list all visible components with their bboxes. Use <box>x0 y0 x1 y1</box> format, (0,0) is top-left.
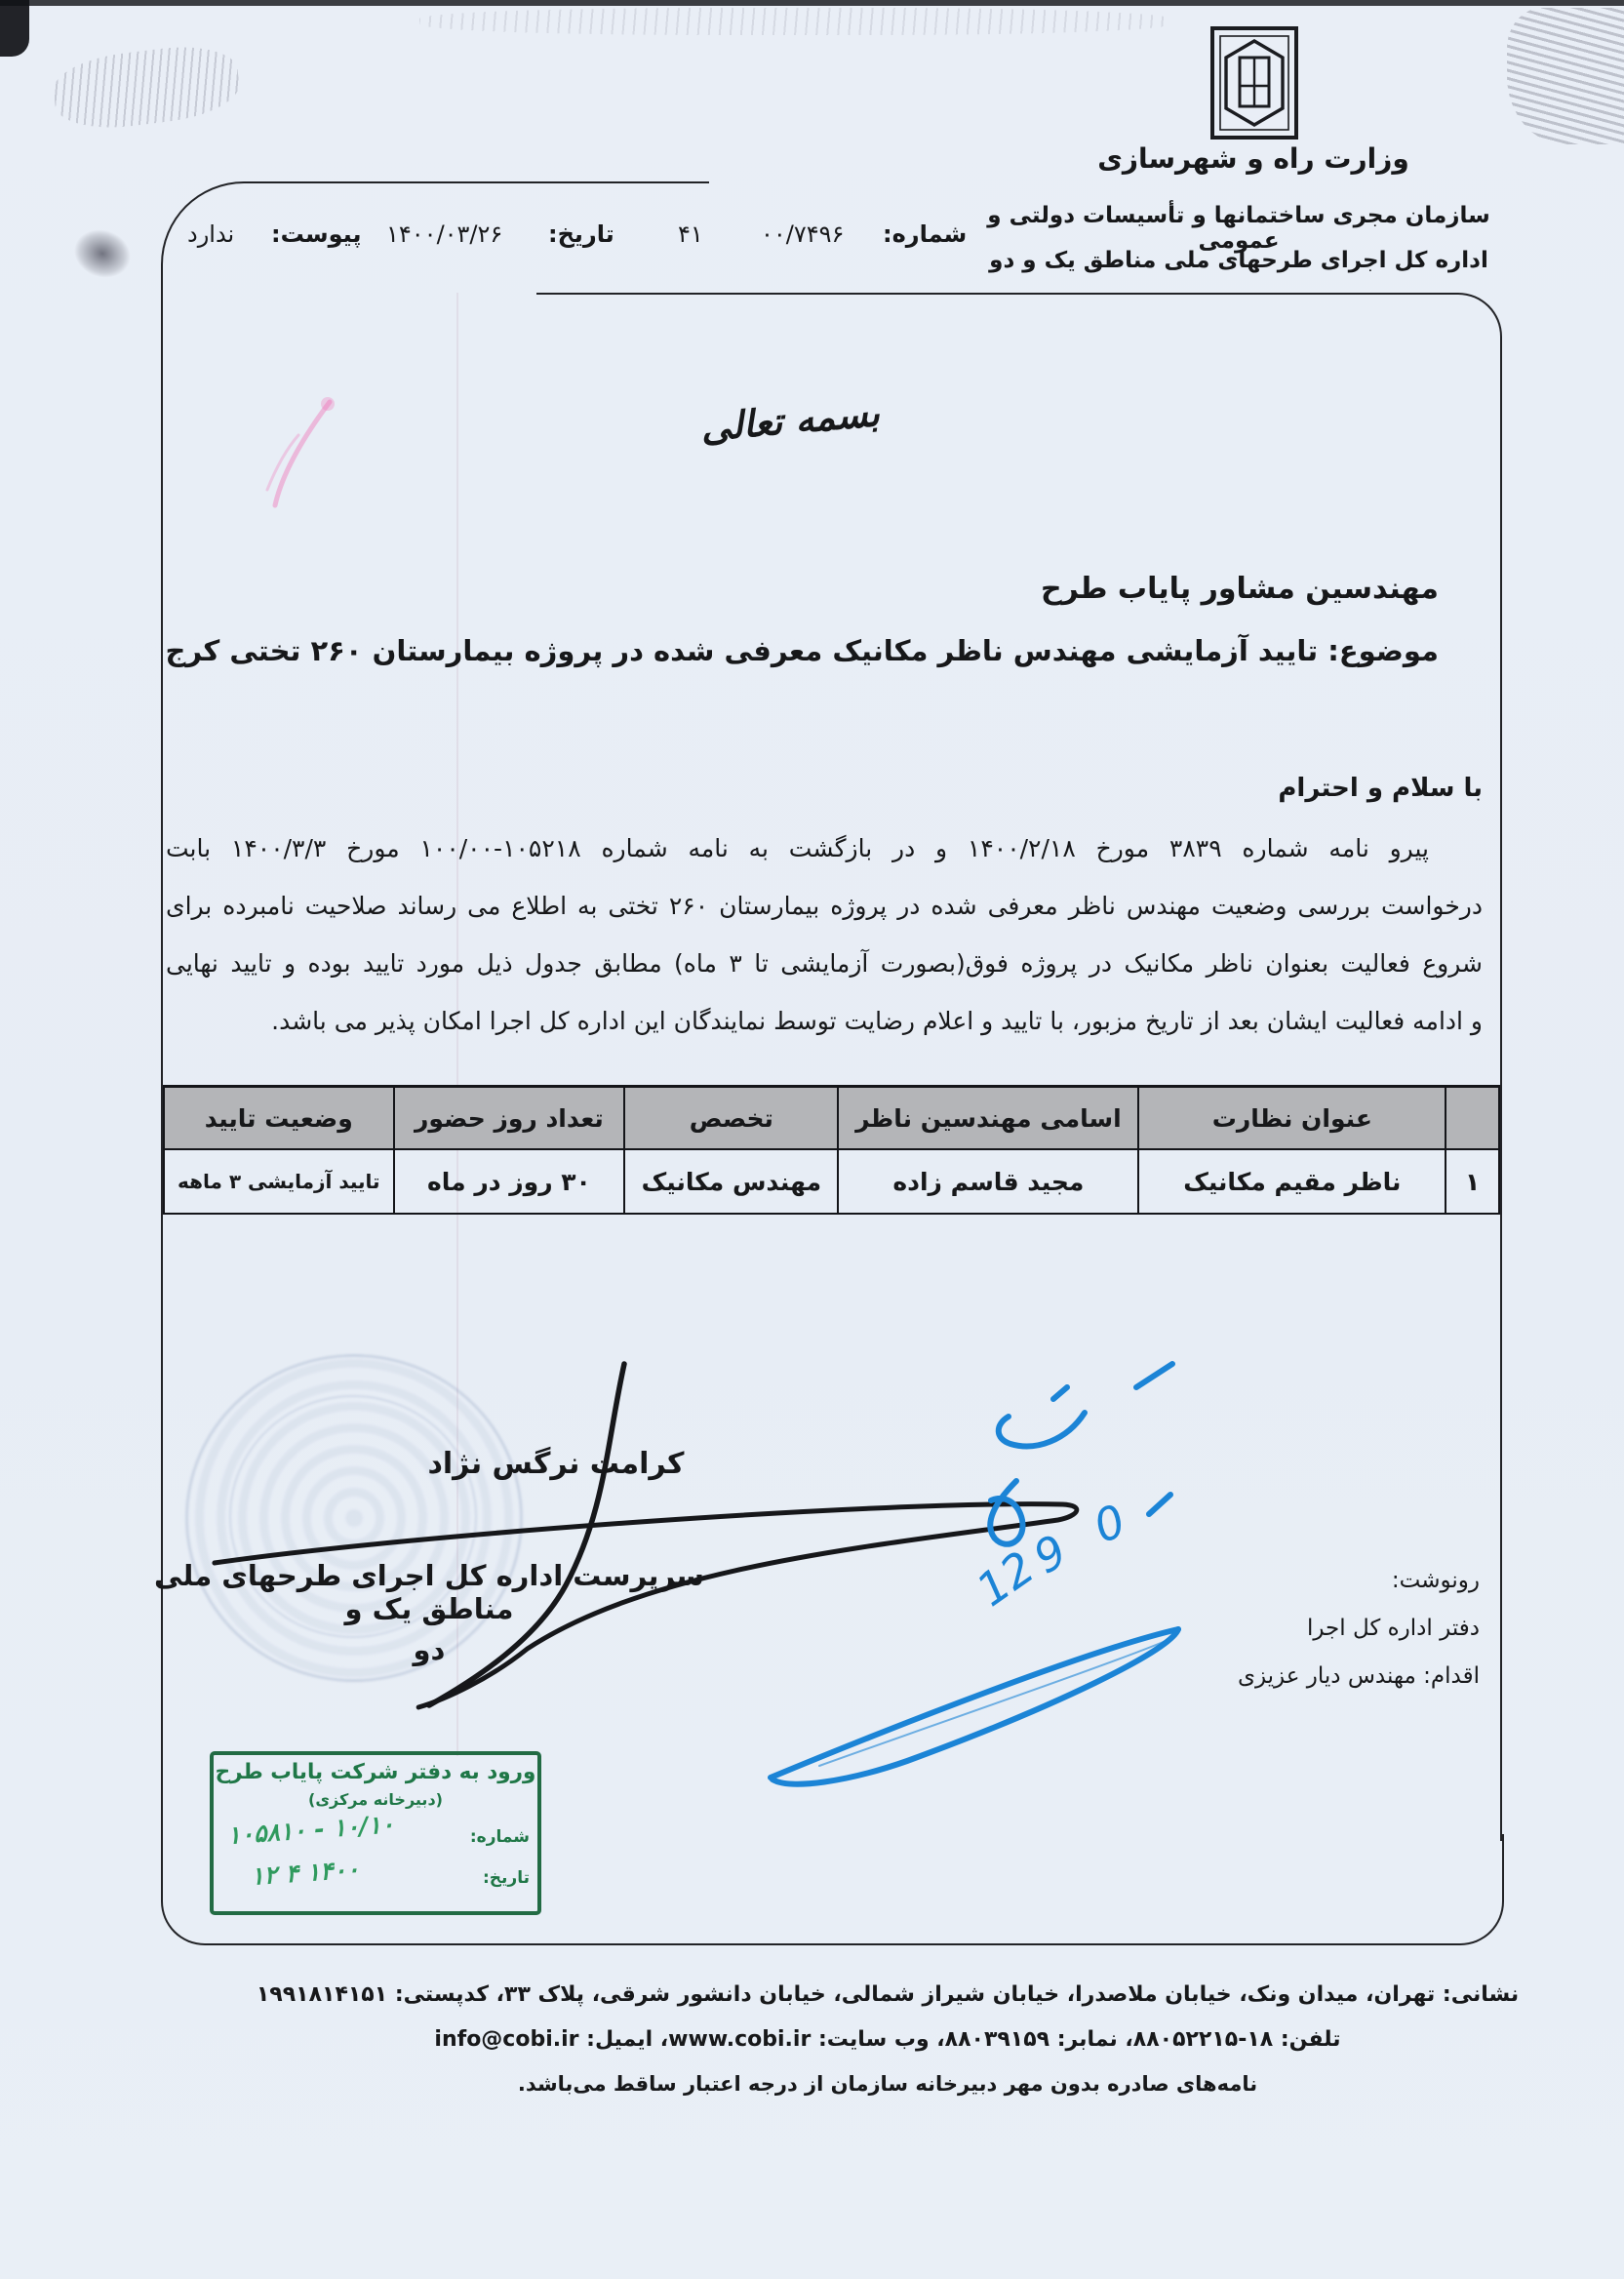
stamp-number-handwritten: ۱۰۵۸۱۰ - ۱۰/۱۰ <box>226 1810 395 1850</box>
body-line-4: و ادامه فعالیت ایشان بعد از تاریخ مزبور،… <box>166 992 1483 1050</box>
scanned-letter-page: وزارت راه و شهرسازی سازمان مجری ساختمانه… <box>0 0 1624 2279</box>
scan-smudge <box>1507 8 1624 144</box>
scan-smudge <box>50 40 243 136</box>
attachment-label: پیوست: <box>271 220 361 248</box>
cell-approval-status: تایید آزمایشی ۳ ماهه <box>164 1149 394 1214</box>
ministry-name: وزارت راه و شهرسازی <box>1034 142 1473 175</box>
body-line-2: درخواست بررسی وضعیت مهندس ناظر معرفی شده… <box>166 877 1483 935</box>
attachment-value: ندارد <box>187 220 234 248</box>
header-supervision-title: عنوان نظارت <box>1138 1087 1446 1150</box>
scan-corner-artifact <box>0 0 29 57</box>
letter-number-extra: ۴۱ <box>678 220 703 248</box>
table-header-row: عنوان نظارت اسامی مهندسین ناظر تخصص تعدا… <box>164 1087 1499 1150</box>
footer-contact: تلفن: ۱۸-۸۸۰۵۲۲۱۵، نمابر: ۸۸۰۳۹۱۵۹، وب س… <box>146 2027 1624 2052</box>
supervisor-approval-table: عنوان نظارت اسامی مهندسین ناظر تخصص تعدا… <box>163 1085 1500 1215</box>
letter-date-value: ۱۴۰۰/۰۳/۲۶ <box>386 220 502 248</box>
cell-specialty: مهندس مکانیک <box>624 1149 838 1214</box>
letter-date-label: تاریخ: <box>548 220 614 248</box>
blue-digit-0: 0 <box>1087 1494 1132 1553</box>
letter-number-value: ۰۰/۷۴۹۶ <box>761 220 844 248</box>
letter-number-label: شماره: <box>883 220 967 248</box>
besmele-calligraphy: بسمه تعالی <box>671 388 908 453</box>
cc-label: رونوشت: <box>1158 1557 1480 1605</box>
table-row: ۱ ناظر مقیم مکانیک مجید قاسم زاده مهندس … <box>164 1149 1499 1214</box>
scan-smudge <box>419 8 1170 35</box>
ministry-logo-icon <box>1209 25 1299 140</box>
greeting-line: با سلام و احترام <box>1278 774 1483 803</box>
company-entry-stamp: ورود به دفتر شرکت پایاب طرح (دبیرخانه مر… <box>210 1751 541 1915</box>
stamp-date-label: تاریخ: <box>483 1868 530 1888</box>
cell-engineer-name: مجید قاسم زاده <box>838 1149 1138 1214</box>
header-engineer-names: اسامی مهندسین ناظر <box>838 1087 1138 1150</box>
cell-supervision-title: ناظر مقیم مکانیک <box>1138 1149 1446 1214</box>
recipient-line: مهندسین مشاور پایاب طرح <box>1041 572 1439 606</box>
cc-line-2: اقدام: مهندس دیار عزیزی <box>1158 1653 1480 1700</box>
subject-line: موضوع: تایید آزمایشی مهندس ناظر مکانیک م… <box>165 634 1439 667</box>
header-row-no <box>1446 1087 1499 1150</box>
stamp-title: ورود به دفتر شرکت پایاب طرح <box>214 1760 537 1784</box>
stamp-number-label: شماره: <box>470 1827 530 1847</box>
stamp-subtitle: (دبیرخانه مرکزی) <box>214 1790 537 1809</box>
cc-line-1: دفتر اداره کل اجرا <box>1158 1605 1480 1653</box>
organization-name: سازمان مجری ساختمانها و تأسیسات دولتی و … <box>956 203 1522 254</box>
scan-smudge <box>57 213 148 296</box>
blue-pen-annotation: 12 9 0 <box>761 1356 1209 1794</box>
header-approval-status: وضعیت تایید <box>164 1087 394 1150</box>
pink-pen-smudge <box>256 390 348 516</box>
footer-address: نشانی: تهران، میدان ونک، خیابان ملاصدرا،… <box>146 1982 1624 2007</box>
cell-row-no: ۱ <box>1446 1149 1499 1214</box>
body-paragraph: پیرو نامه شماره ۳۸۳۹ مورخ ۱۴۰۰/۲/۱۸ و در… <box>166 820 1483 1050</box>
footer-validity-note: نامه‌های صادره بدون مهر دبیرخانه سازمان … <box>146 2072 1624 2096</box>
cell-attendance-days: ۳۰ روز در ماه <box>394 1149 625 1214</box>
scan-edge-artifact <box>0 0 1624 6</box>
header-attendance-days: تعداد روز حضور <box>394 1087 625 1150</box>
letterhead-separator-line <box>536 293 1453 295</box>
cc-block: رونوشت: دفتر اداره کل اجرا اقدام: مهندس … <box>1158 1557 1480 1700</box>
stamp-date-handwritten: ۱۲ ۴ ۱۴۰۰ <box>250 1855 360 1891</box>
body-line-1: پیرو نامه شماره ۳۸۳۹ مورخ ۱۴۰۰/۲/۱۸ و در… <box>166 820 1483 877</box>
header-specialty: تخصص <box>624 1087 838 1150</box>
body-line-3: شروع فعالیت بعنوان ناظر مکانیک در پروژه … <box>166 935 1483 992</box>
department-name: اداره کل اجرای طرحهای ملی مناطق یک و دو <box>956 248 1522 273</box>
